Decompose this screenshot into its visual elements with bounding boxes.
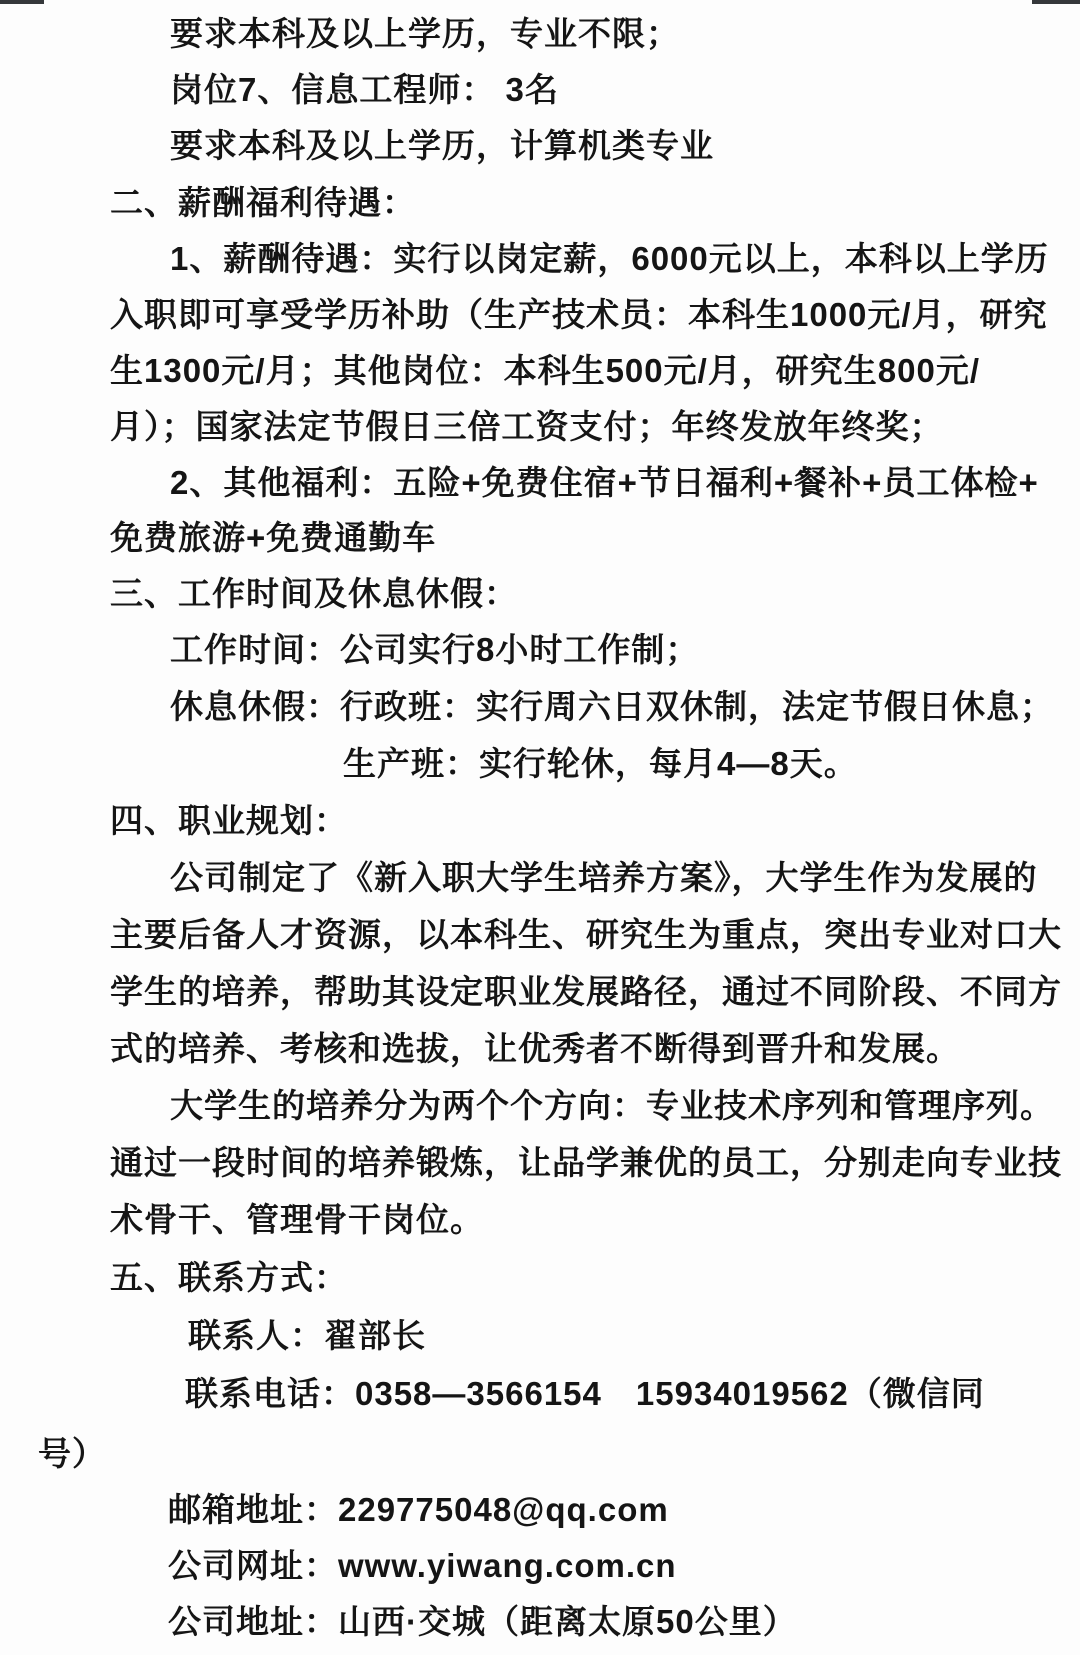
doc-line-career-4: 式的培养、考核和选拔，让优秀者不断得到晋升和发展。 xyxy=(110,1029,960,1069)
doc-line-benefits-1: 2、其他福利：五险+免费住宿+节日福利+餐补+员工体检+ xyxy=(170,463,1039,503)
doc-line-company-website: 公司网址：www.yiwang.com.cn xyxy=(168,1546,677,1586)
doc-heading-section-3: 三、工作时间及休息休假： xyxy=(110,574,518,614)
doc-heading-section-4: 四、职业规划： xyxy=(110,801,348,841)
doc-line-rest-admin: 休息休假：行政班：实行周六日双休制，法定节假日休息； xyxy=(170,687,1054,727)
doc-line-career-6: 通过一段时间的培养锻炼，让品学兼优的员工，分别走向专业技 xyxy=(110,1143,1062,1183)
doc-line-position-7: 岗位7、信息工程师： 3名 xyxy=(170,70,559,110)
doc-line-contact-person: 联系人：翟部长 xyxy=(188,1316,426,1356)
doc-line-career-7: 术骨干、管理骨干岗位。 xyxy=(110,1200,484,1240)
doc-heading-section-5: 五、联系方式： xyxy=(110,1258,348,1298)
doc-heading-section-2: 二、薪酬福利待遇： xyxy=(110,183,416,223)
doc-line-company-address: 公司地址：山西·交城（距离太原50公里） xyxy=(168,1602,797,1642)
doc-line-contact-email: 邮箱地址：229775048@qq.com xyxy=(168,1490,669,1530)
doc-line-salary-3: 生1300元/月；其他岗位：本科生500元/月，研究生800元/ xyxy=(110,351,980,391)
doc-line-work-hours: 工作时间：公司实行8小时工作制； xyxy=(170,630,699,670)
doc-line-requirement-1: 要求本科及以上学历，专业不限； xyxy=(170,14,680,54)
doc-line-career-1: 公司制定了《新入职大学生培养方案》，大学生作为发展的 xyxy=(170,858,1038,898)
doc-line-contact-phone: 联系电话：0358—3566154 15934019562（微信同 xyxy=(185,1374,985,1414)
doc-line-benefits-2: 免费旅游+免费通勤车 xyxy=(110,518,436,558)
top-right-edge-bar xyxy=(1032,0,1080,4)
doc-line-career-5: 大学生的培养分为两个个方向：专业技术序列和管理序列。 xyxy=(170,1086,1054,1126)
doc-line-salary-2: 入职即可享受学历补助（生产技术员：本科生1000元/月，研究 xyxy=(110,295,1048,335)
doc-line-requirement-2: 要求本科及以上学历，计算机类专业 xyxy=(170,126,714,166)
doc-line-career-3: 学生的培养，帮助其设定职业发展路径，通过不同阶段、不同方 xyxy=(110,972,1062,1012)
doc-line-phone-wrap: 号） xyxy=(38,1434,106,1474)
document-page: 要求本科及以上学历，专业不限； 岗位7、信息工程师： 3名 要求本科及以上学历，… xyxy=(0,0,1080,1655)
doc-line-rest-production: 生产班：实行轮休，每月4—8天。 xyxy=(343,744,858,784)
doc-line-salary-4: 月）；国家法定节假日三倍工资支付；年终发放年终奖； xyxy=(110,407,944,447)
top-left-edge-bar xyxy=(0,0,44,4)
doc-line-career-2: 主要后备人才资源，以本科生、研究生为重点，突出专业对口大 xyxy=(110,915,1062,955)
doc-line-salary-1: 1、薪酬待遇：实行以岗定薪，6000元以上，本科以上学历 xyxy=(170,239,1049,279)
